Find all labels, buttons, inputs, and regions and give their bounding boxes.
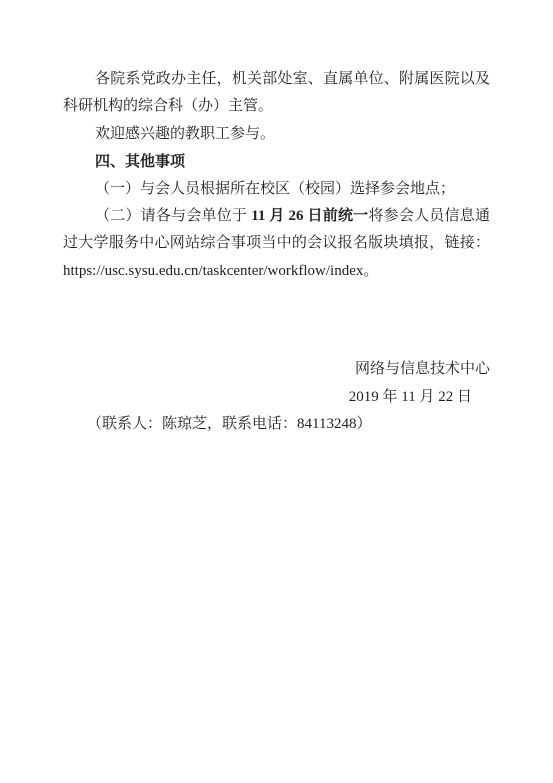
signature-organization: 网络与信息技术中心: [63, 356, 490, 383]
signature-block: 网络与信息技术中心 2019 年 11 月 22 日: [63, 356, 490, 411]
item-two-deadline-emphasis: 11 月 26 日前统一: [251, 208, 368, 224]
paragraph-attendees-line1: 各院系党政办主任，机关部处室、直属单位、附属医院以及: [63, 66, 490, 93]
contact-info: （联系人：陈琼芝，联系电话：84113248）: [63, 411, 490, 438]
document-page: 各院系党政办主任，机关部处室、直属单位、附属医院以及 科研机构的综合科（办）主管…: [0, 0, 553, 783]
section-heading-other-matters: 四、其他事项: [63, 148, 490, 175]
paragraph-welcome: 欢迎感兴趣的教职工参与。: [63, 121, 490, 148]
item-one-location: （一）与会人员根据所在校区（校园）选择参会地点；: [63, 176, 490, 203]
item-two-line1-prefix: （二）请各与会单位于: [95, 208, 251, 224]
item-two-line1-suffix: 将参会人员信息通: [368, 208, 490, 224]
signature-date: 2019 年 11 月 22 日: [63, 384, 490, 411]
item-two-line1: （二）请各与会单位于 11 月 26 日前统一将参会人员信息通: [63, 203, 490, 230]
registration-url-text: https://usc.sysu.edu.cn/taskcenter/workf…: [63, 258, 490, 285]
paragraph-attendees-line2: 科研机构的综合科（办）主管。: [63, 93, 490, 120]
item-two-line2: 过大学服务中心网站综合事项当中的会议报名版块填报，链接：: [63, 230, 490, 257]
